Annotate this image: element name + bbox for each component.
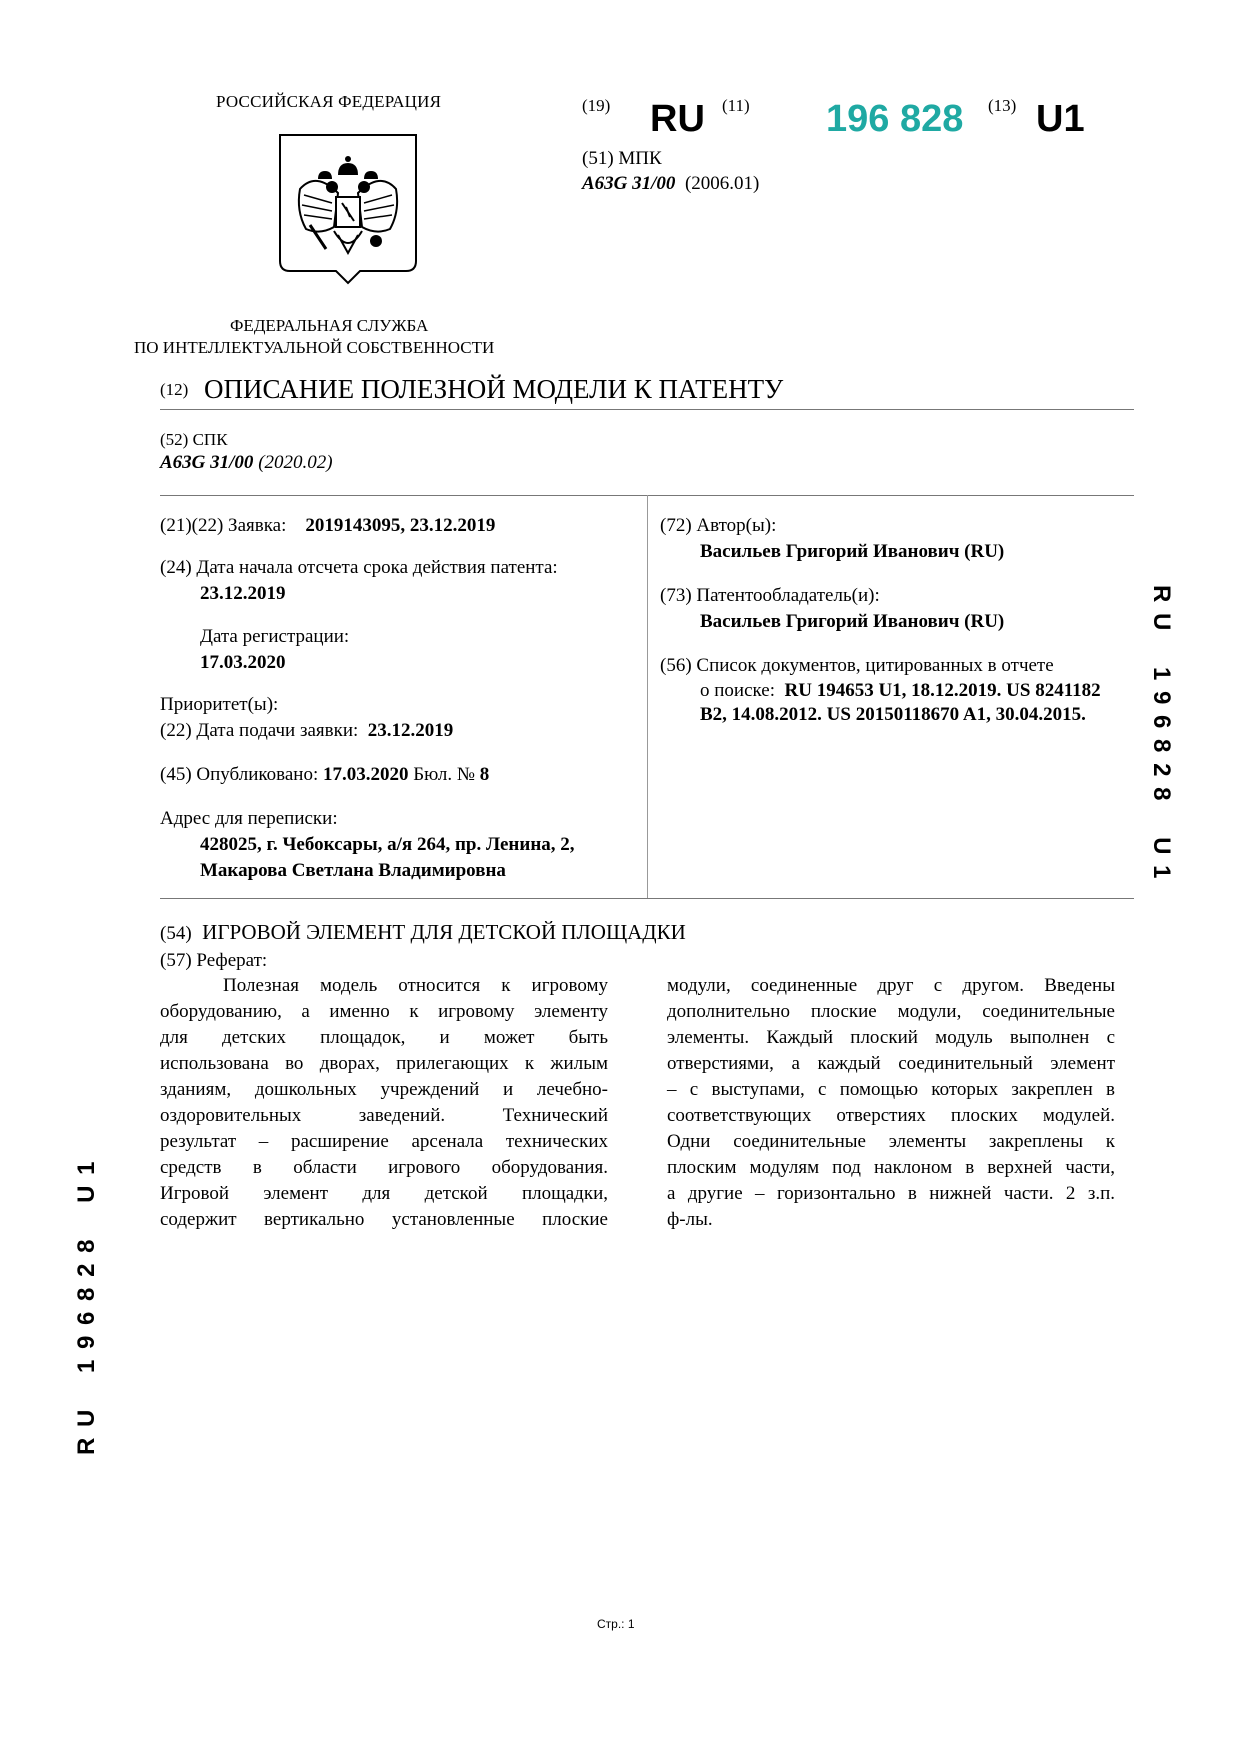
inid-code-13: (13) xyxy=(988,96,1016,116)
ipc-label: (51) МПК xyxy=(582,148,662,170)
bulletin-label: Бюл. № xyxy=(413,764,475,785)
abstract-column-right: модули, соединенные друг с другом. Введе… xyxy=(667,973,1115,1233)
abstract-line: зданиям, дошкольных учреждений и лечебно… xyxy=(160,1077,608,1103)
address-line: 428025, г. Чебоксары, а/я 264, пр. Ленин… xyxy=(200,834,575,856)
term-start-value: 23.12.2019 xyxy=(200,583,286,605)
abstract-line: содержит вертикально установленные плоск… xyxy=(160,1207,608,1233)
abstract-line: оздоровительных заведений. Технический xyxy=(160,1103,608,1129)
application-info: (21)(22) Заявка: 2019143095, 23.12.2019 xyxy=(160,515,495,537)
address-line: Макарова Светлана Владимировна xyxy=(200,860,506,882)
abstract-line: средств в области игрового оборудования. xyxy=(160,1155,608,1181)
term-start-label: (24) Дата начала отсчета срока действия … xyxy=(160,557,558,579)
abstract-line: Игровой элемент для детской площадки, xyxy=(160,1181,608,1207)
agency-name-line1: ФЕДЕРАЛЬНАЯ СЛУЖБА xyxy=(230,316,428,336)
abstract-line: Одни соединительные элементы закреплены … xyxy=(667,1129,1115,1155)
filing-value: 23.12.2019 xyxy=(368,720,454,741)
invention-title-text: ИГРОВОЙ ЭЛЕМЕНТ ДЛЯ ДЕТСКОЙ ПЛОЩАДКИ xyxy=(202,920,686,944)
cpc-label: (52) СПК xyxy=(160,430,228,450)
cpc-version: (2020.02) xyxy=(258,452,332,473)
published-value: 17.03.2020 xyxy=(323,764,409,785)
side-document-id-left: R U 1 9 6 8 2 8 U 1 xyxy=(73,1160,101,1455)
document-title: ОПИСАНИЕ ПОЛЕЗНОЙ МОДЕЛИ К ПАТЕНТУ xyxy=(204,374,783,405)
document-number: 196 828 xyxy=(826,98,963,141)
inid-code-11: (11) xyxy=(722,96,750,116)
application-value: 2019143095, 23.12.2019 xyxy=(305,515,495,536)
published-label: (45) Опубликовано: xyxy=(160,764,318,785)
inid-code-12: (12) xyxy=(160,380,188,400)
abstract-column-left: Полезная модель относится к игровомуобор… xyxy=(160,973,608,1233)
abstract-line: модули, соединенные друг с другом. Введе… xyxy=(667,973,1115,999)
abstract-line: соответствующих отверстиях плоских модул… xyxy=(667,1103,1115,1129)
cited-documents-label: (56) Список документов, цитированных в о… xyxy=(660,655,1054,677)
abstract-line: – с выступами, с помощью которых закрепл… xyxy=(667,1077,1115,1103)
inid-code-54: (54) xyxy=(160,923,192,944)
page-number: Стр.: 1 xyxy=(597,1617,635,1631)
abstract-label: (57) Реферат: xyxy=(160,950,267,972)
abstract-line: элементы. Каждый плоский модуль выполнен… xyxy=(667,1025,1115,1051)
abstract-line: дополнительно плоские модули, соединител… xyxy=(667,999,1115,1025)
application-label: (21)(22) Заявка: xyxy=(160,515,286,536)
inid-code-19: (19) xyxy=(582,96,610,116)
country-name: РОССИЙСКАЯ ФЕДЕРАЦИЯ xyxy=(216,92,441,112)
cited-values: RU 194653 U1, 18.12.2019. US 8241182 xyxy=(785,680,1101,701)
holders-value: Васильев Григорий Иванович (RU) xyxy=(700,611,1004,633)
authors-value: Васильев Григорий Иванович (RU) xyxy=(700,541,1004,563)
bulletin-value: 8 xyxy=(480,764,490,785)
cited-documents-line: B2, 14.08.2012. US 20150118670 A1, 30.04… xyxy=(700,704,1086,726)
abstract-line: отверстиями, а каждый соединительный эле… xyxy=(667,1051,1115,1077)
ipc-version: (2006.01) xyxy=(685,173,759,194)
registration-value: 17.03.2020 xyxy=(200,652,286,674)
divider xyxy=(160,898,1134,899)
filing-label: (22) Дата подачи заявки: xyxy=(160,720,358,741)
column-divider xyxy=(647,495,648,898)
agency-name-line2: ПО ИНТЕЛЛЕКТУАЛЬНОЙ СОБСТВЕННОСТИ xyxy=(134,338,494,358)
abstract-line: ф-лы. xyxy=(667,1207,1115,1233)
kind-code: U1 xyxy=(1036,98,1085,141)
registration-label: Дата регистрации: xyxy=(200,626,349,648)
cited-search-label: о поиске: xyxy=(700,680,775,701)
priority-label: Приоритет(ы): xyxy=(160,694,278,716)
divider xyxy=(160,409,1134,410)
filing-date: (22) Дата подачи заявки: 23.12.2019 xyxy=(160,720,453,742)
address-label: Адрес для переписки: xyxy=(160,808,338,830)
authors-label: (72) Автор(ы): xyxy=(660,515,776,537)
cited-documents-line: о поиске: RU 194653 U1, 18.12.2019. US 8… xyxy=(700,680,1101,702)
invention-title: (54) ИГРОВОЙ ЭЛЕМЕНТ ДЛЯ ДЕТСКОЙ ПЛОЩАДК… xyxy=(160,920,686,945)
publication-info: (45) Опубликовано: 17.03.2020 Бюл. № 8 xyxy=(160,764,489,786)
coat-of-arms-icon xyxy=(276,131,420,301)
cpc-class: A63G 31/00 xyxy=(160,452,253,473)
holders-label: (73) Патентообладатель(и): xyxy=(660,585,880,607)
abstract-line: результат – расширение арсенала техничес… xyxy=(160,1129,608,1155)
abstract-line: Полезная модель относится к игровому xyxy=(160,973,608,999)
cpc-classification: A63G 31/00 (2020.02) xyxy=(160,452,333,474)
abstract-line: оборудованию, а именно к игровому элемен… xyxy=(160,999,608,1025)
abstract-line: плоским модулям под наклоном в верхней ч… xyxy=(667,1155,1115,1181)
side-document-id-right: R U 1 9 6 8 2 8 U 1 xyxy=(1147,585,1175,880)
country-code: RU xyxy=(650,98,705,141)
ipc-class: A63G 31/00 xyxy=(582,173,675,194)
abstract-line: использована во дворах, прилегающих к жи… xyxy=(160,1051,608,1077)
abstract-line: для детских площадок, и может быть xyxy=(160,1025,608,1051)
abstract-line: а другие – горизонтально в нижней части.… xyxy=(667,1181,1115,1207)
ipc-classification: A63G 31/00 (2006.01) xyxy=(582,173,759,195)
